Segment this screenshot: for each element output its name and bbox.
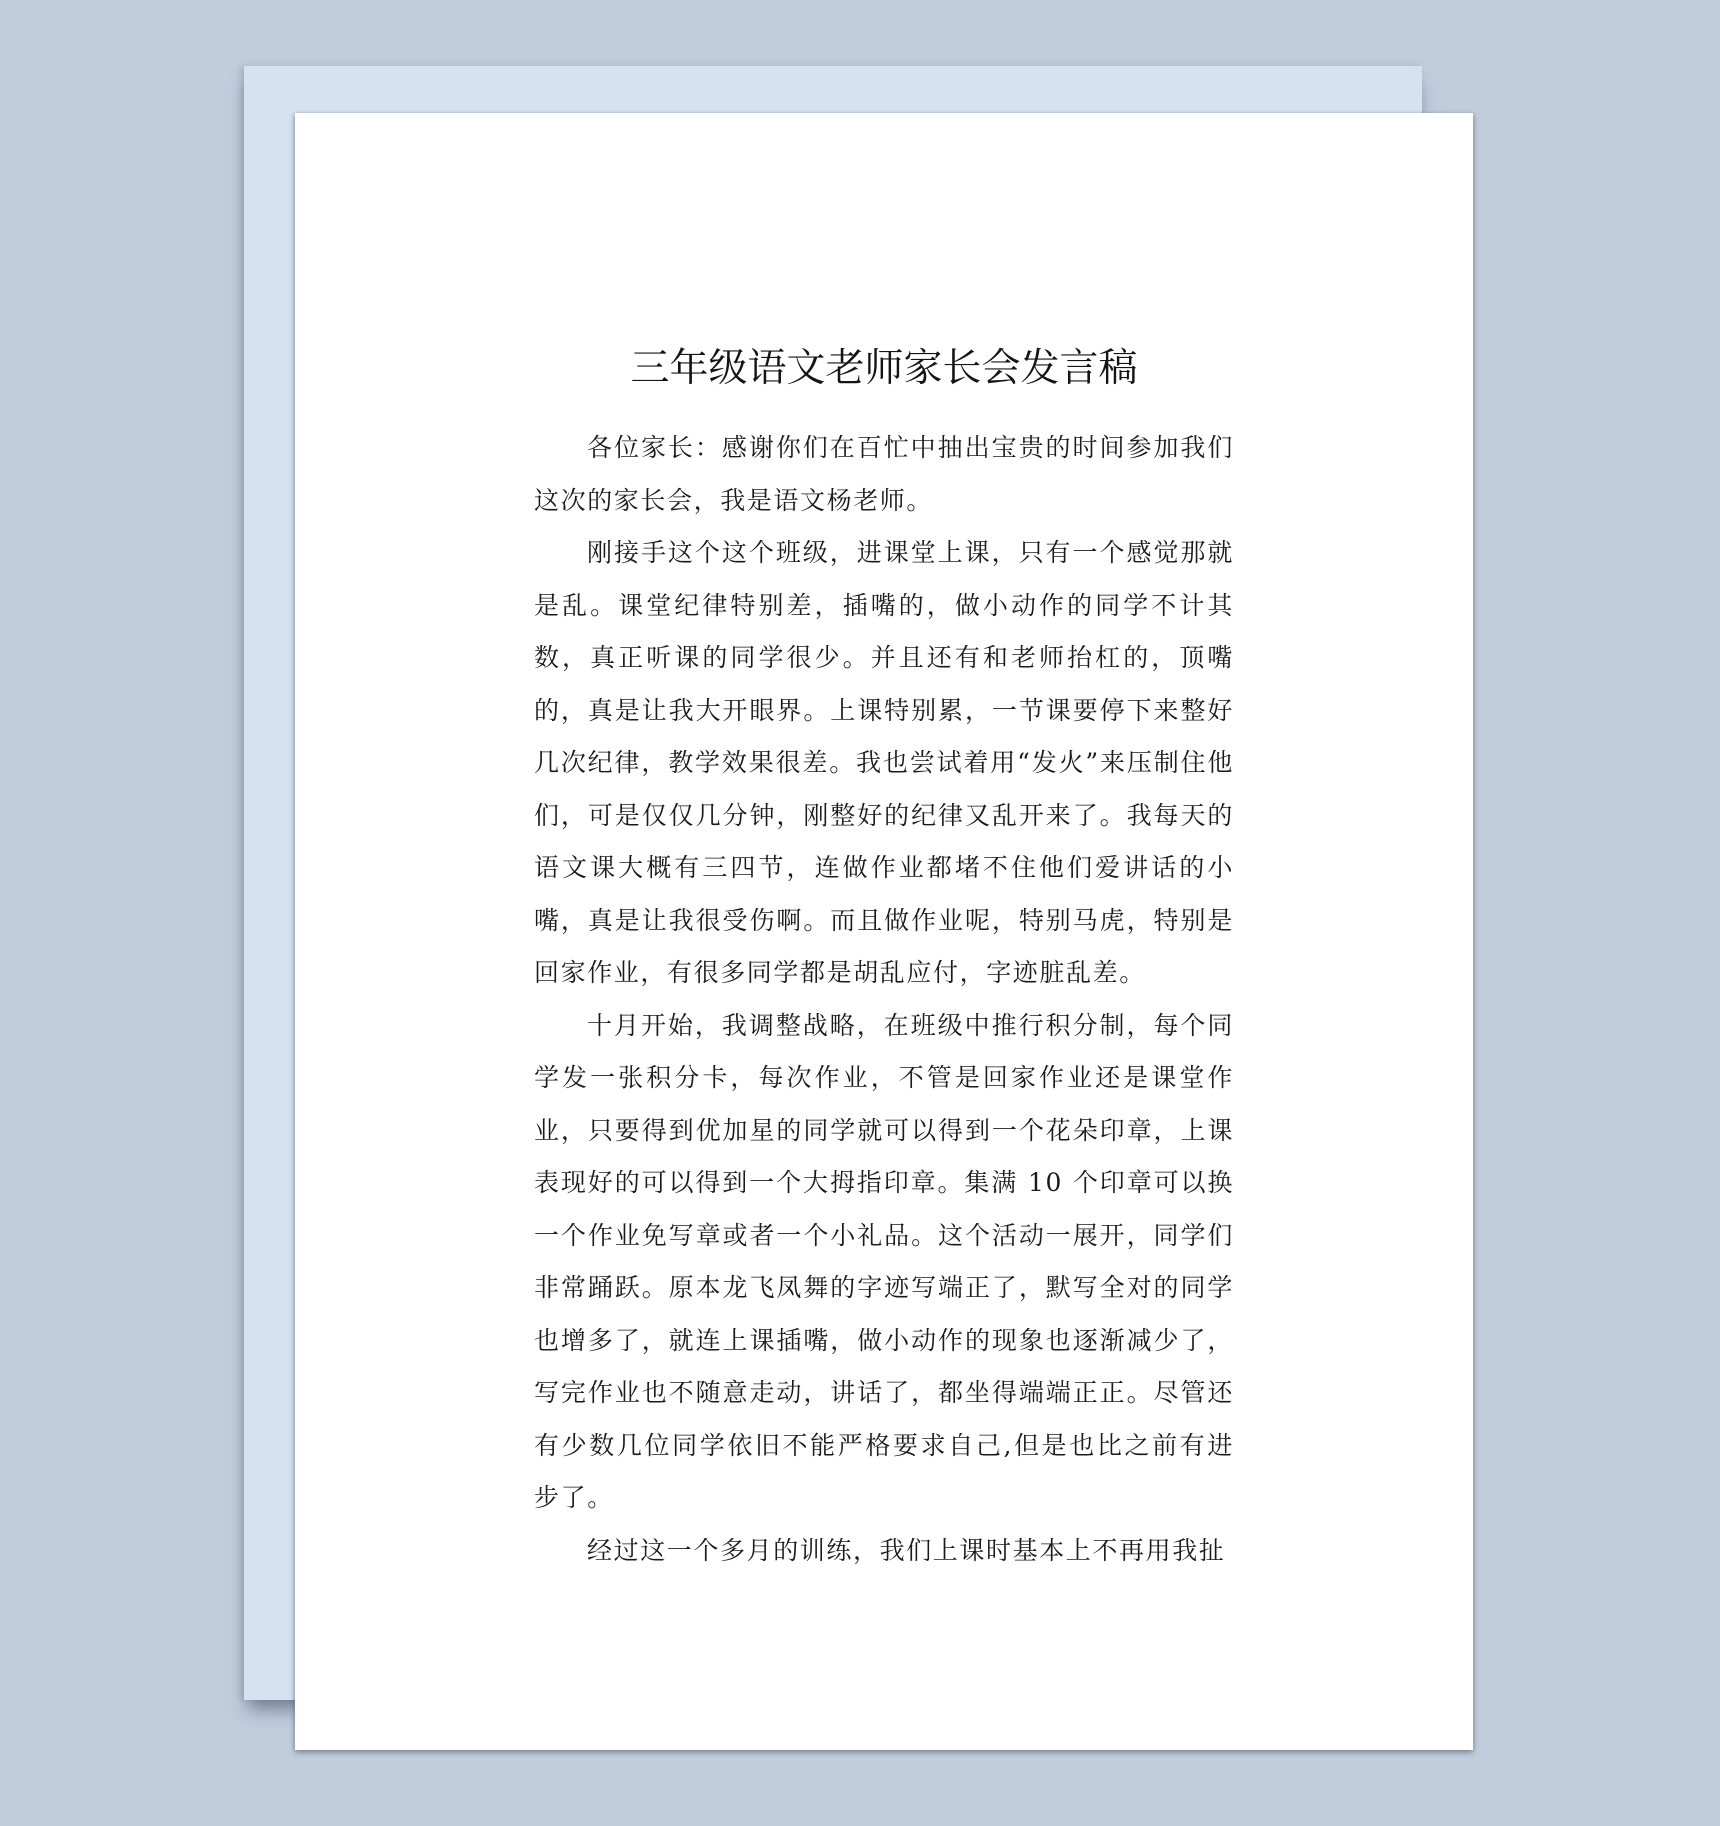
paragraph-initial-situation: 刚接手这个这个班级，进课堂上课，只有一个感觉那就是乱。课堂纪律特别差，插嘴的，做… <box>534 527 1234 1000</box>
document-title: 三年级语文老师家长会发言稿 <box>295 343 1473 395</box>
paragraph-greeting: 各位家长：感谢你们在百忙中抽出宝贵的时间参加我们这次的家长会，我是语文杨老师。 <box>534 422 1234 527</box>
paragraph-training-result: 经过这一个多月的训练，我们上课时基本上不再用我扯 <box>534 1525 1234 1578</box>
document-body: 各位家长：感谢你们在百忙中抽出宝贵的时间参加我们这次的家长会，我是语文杨老师。 … <box>534 422 1234 1577</box>
front-page-sheet: 三年级语文老师家长会发言稿 各位家长：感谢你们在百忙中抽出宝贵的时间参加我们这次… <box>295 113 1473 1750</box>
paragraph-points-system: 十月开始，我调整战略，在班级中推行积分制，每个同学发一张积分卡，每次作业，不管是… <box>534 1000 1234 1525</box>
